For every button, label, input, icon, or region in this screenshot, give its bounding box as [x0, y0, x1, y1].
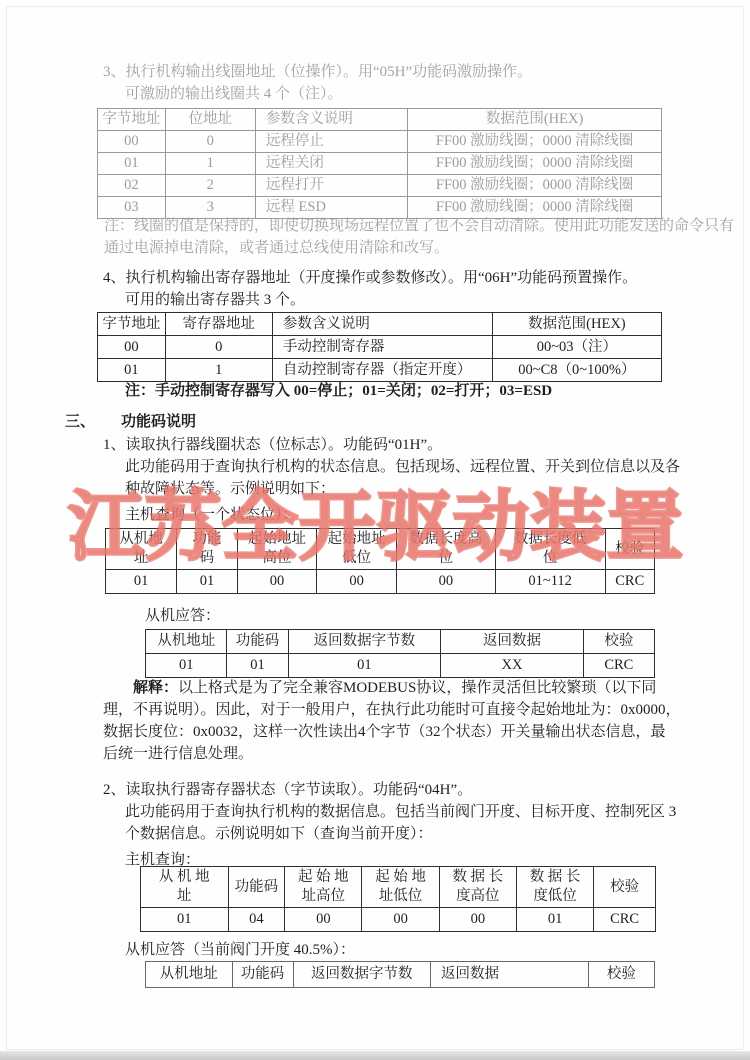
explain-line-1: 解释：以上格式是为了完全兼容MODEBUS协议，操作灵活但比较繁琐（以下同 [133, 678, 656, 699]
table-header-cell: 校验 [583, 630, 654, 654]
item-1-heading: 1、读取执行器线圈状态（位标志）。功能码“01H”。 [103, 435, 442, 456]
table-cell: 00 [362, 908, 439, 932]
table-header-cell: 参数含义说明 [255, 109, 407, 131]
table-cell: 01 [146, 654, 227, 678]
section-number: 三、 [65, 414, 95, 430]
table-cell: XX [441, 654, 584, 678]
table-cell: 00~03（注） [492, 336, 661, 359]
table-cell: 远程停止 [255, 131, 407, 153]
table-header-cell: 校验 [588, 962, 654, 988]
coil-note-line-1: 注：线圈的值是保持的，即使切换现场远程位置了也不会自动清除。使用此功能发送的命令… [104, 216, 734, 237]
coil-note-line-2: 通过电源掉电清除，或者通过总线使用清除和改写。 [104, 238, 449, 259]
table-header-cell: 起始地址 低位 [317, 529, 397, 570]
section-3-subheading: 可激励的输出线圈共 4 个（注）。 [125, 84, 343, 105]
table-cell: 01 [288, 654, 441, 678]
table-cell: 00~C8（0~100%） [492, 359, 661, 382]
item-1-paragraph-line-2: 种故障状态等。示例说明如下： [125, 479, 335, 500]
table-cell: 远程打开 [255, 175, 407, 197]
section-4-heading: 4、执行机构输出寄存器地址（开度操作或参数修改）。用“06H”功能码预置操作。 [103, 268, 637, 289]
document-page: 3、执行机构输出线圈地址（位操作）。用“05H”功能码激励操作。 可激励的输出线… [0, 0, 750, 1060]
table-cell: 00 [98, 336, 166, 359]
table-header-cell: 字节地址 [98, 109, 166, 131]
table-cell: FF00 激励线圈；0000 清除线圈 [408, 153, 662, 175]
table-header-cell: 起始地址 高位 [237, 529, 317, 570]
table-header-cell: 起 始 地 址高位 [285, 867, 362, 908]
master-query-table-2: 从 机 地 址功能码起 始 地 址高位起 始 地 址低位数 据 长 度高位数 据… [140, 866, 656, 932]
table-cell: 01~112 [495, 570, 605, 594]
table-cell: 2 [165, 175, 255, 197]
table-row: 从机地 址功能 码起始地址 高位起始地址 低位数据长度高 位数据长度低 位校验 [106, 529, 655, 570]
table-row: 010400000001CRC [141, 908, 656, 932]
table-cell: 0 [165, 336, 272, 359]
table-row: 011远程关闭FF00 激励线圈；0000 清除线圈 [98, 153, 662, 175]
table-cell: 01 [516, 908, 593, 932]
table-header-cell: 校验 [594, 867, 656, 908]
table-row: 011自动控制寄存器（指定开度）00~C8（0~100%） [98, 359, 662, 382]
table-header-cell: 数据长度高 位 [396, 529, 495, 570]
explain-line-4: 后统一进行信息处理。 [103, 744, 253, 765]
table-header-cell: 返回数据字节数 [293, 962, 430, 988]
explain-line-2: 理，不再说明）。因此，对于一般用户，在执行此功能时可直接令起始地址为：0x000… [103, 700, 681, 721]
register-note: 注：手动控制寄存器写入 00=停止；01=关闭；02=打开；03=ESD [125, 381, 552, 402]
explain-text-1: 以上格式是为了完全兼容MODEBUS协议，操作灵活但比较繁琐（以下同 [178, 680, 656, 696]
table-cell: 自动控制寄存器（指定开度） [272, 359, 492, 382]
slave-response-label-1: 从机应答： [145, 606, 220, 627]
table-header-cell: 从 机 地 址 [141, 867, 229, 908]
table-cell: 00 [237, 570, 317, 594]
table-cell: 00 [396, 570, 495, 594]
table-cell: 04 [228, 908, 285, 932]
table-header-cell: 从机地址 [146, 630, 227, 654]
table-header-cell: 返回数据 [431, 962, 589, 988]
table-cell: 01 [98, 153, 166, 175]
item-2-paragraph-line-1: 此功能码用于查询执行机构的数据信息。包括当前阀门开度、目标开度、控制死区 3 [125, 802, 676, 823]
table-row: 从 机 地 址功能码起 始 地 址高位起 始 地 址低位数 据 长 度高位数 据… [141, 867, 656, 908]
table-cell: CRC [605, 570, 654, 594]
table-header-cell: 参数含义说明 [272, 313, 492, 336]
scan-bottom-edge [0, 1051, 750, 1060]
table-row: 000远程停止FF00 激励线圈；0000 清除线圈 [98, 131, 662, 153]
table-row: 字节地址位地址参数含义说明数据范围(HEX) [98, 109, 662, 131]
table-cell: 0 [165, 131, 255, 153]
slave-response-table-1: 从机地址功能码返回数据字节数返回数据校验010101XXCRC [145, 629, 655, 678]
slave-response-table-2: 从机地址功能码返回数据字节数返回数据校验 [145, 961, 655, 988]
table-header-cell: 从机地 址 [106, 529, 177, 570]
table-header-cell: 寄存器地址 [165, 313, 272, 336]
item-1-paragraph-line-1: 此功能码用于查询执行机构的状态信息。包括现场、远程位置、开关到位信息以及各 [125, 457, 680, 478]
table-header-cell: 校验 [605, 529, 654, 570]
table-cell: 1 [165, 153, 255, 175]
table-cell: 02 [98, 175, 166, 197]
slave-response-label-2: 从机应答（当前阀门开度 40.5%）： [125, 940, 355, 961]
table-header-cell: 位地址 [165, 109, 255, 131]
master-query-label-1: 主机查询（一个状态位）： [125, 505, 298, 526]
table-row: 022远程打开FF00 激励线圈；0000 清除线圈 [98, 175, 662, 197]
table-header-cell: 字节地址 [98, 313, 166, 336]
table-cell: 01 [98, 359, 166, 382]
table-cell: 00 [285, 908, 362, 932]
explain-line-3: 数据长度位：0x0032，这样一次性读出4个字节（32个状态）开关量输出状态信息… [103, 722, 666, 743]
table-header-cell: 功能码 [232, 962, 293, 988]
table-header-cell: 功能 码 [177, 529, 237, 570]
table-cell: 手动控制寄存器 [272, 336, 492, 359]
table-header-cell: 数 据 长 度高位 [439, 867, 516, 908]
table-row: 010101XXCRC [146, 654, 655, 678]
table-header-cell: 返回数据字节数 [288, 630, 441, 654]
table-cell: 00 [317, 570, 397, 594]
table-cell: 01 [141, 908, 229, 932]
section-title: 功能码说明 [121, 414, 196, 430]
table-cell: 远程关闭 [255, 153, 407, 175]
table-header-cell: 数据范围(HEX) [492, 313, 661, 336]
table-header-cell: 数据长度低 位 [495, 529, 605, 570]
table-row: 010100000001~112CRC [106, 570, 655, 594]
section-4-subheading: 可用的输出寄存器共 3 个。 [125, 290, 305, 311]
table-cell: 00 [98, 131, 166, 153]
table-cell: FF00 激励线圈；0000 清除线圈 [408, 131, 662, 153]
section-3-heading: 3、执行机构输出线圈地址（位操作）。用“05H”功能码激励操作。 [103, 62, 532, 83]
table-cell: 01 [227, 654, 288, 678]
item-2-heading: 2、读取执行器寄存器状态（字节读取）。功能码“04H”。 [103, 780, 472, 801]
master-query-table-1: 从机地 址功能 码起始地址 高位起始地址 低位数据长度高 位数据长度低 位校验0… [105, 528, 655, 594]
item-2-paragraph-line-2: 个数据信息。示例说明如下（查询当前开度）： [125, 824, 433, 845]
table-header-cell: 起 始 地 址低位 [362, 867, 439, 908]
table-row: 000手动控制寄存器00~03（注） [98, 336, 662, 359]
table-row: 从机地址功能码返回数据字节数返回数据校验 [146, 962, 655, 988]
table-cell: FF00 激励线圈；0000 清除线圈 [408, 175, 662, 197]
table-header-cell: 返回数据 [441, 630, 584, 654]
function-code-section-heading: 三、功能码说明 [65, 412, 196, 433]
table-row: 字节地址寄存器地址参数含义说明数据范围(HEX) [98, 313, 662, 336]
coil-address-table: 字节地址位地址参数含义说明数据范围(HEX)000远程停止FF00 激励线圈；0… [97, 108, 662, 219]
table-cell: 01 [106, 570, 177, 594]
table-cell: 01 [177, 570, 237, 594]
register-address-table: 字节地址寄存器地址参数含义说明数据范围(HEX)000手动控制寄存器00~03（… [97, 312, 662, 382]
table-cell: CRC [583, 654, 654, 678]
table-header-cell: 数 据 长 度低位 [516, 867, 593, 908]
table-cell: CRC [594, 908, 656, 932]
table-header-cell: 数据范围(HEX) [408, 109, 662, 131]
table-cell: 1 [165, 359, 272, 382]
table-header-cell: 功能码 [227, 630, 288, 654]
explain-label: 解释： [133, 680, 178, 696]
table-header-cell: 从机地址 [146, 962, 233, 988]
table-header-cell: 功能码 [228, 867, 285, 908]
table-cell: 00 [439, 908, 516, 932]
table-row: 从机地址功能码返回数据字节数返回数据校验 [146, 630, 655, 654]
